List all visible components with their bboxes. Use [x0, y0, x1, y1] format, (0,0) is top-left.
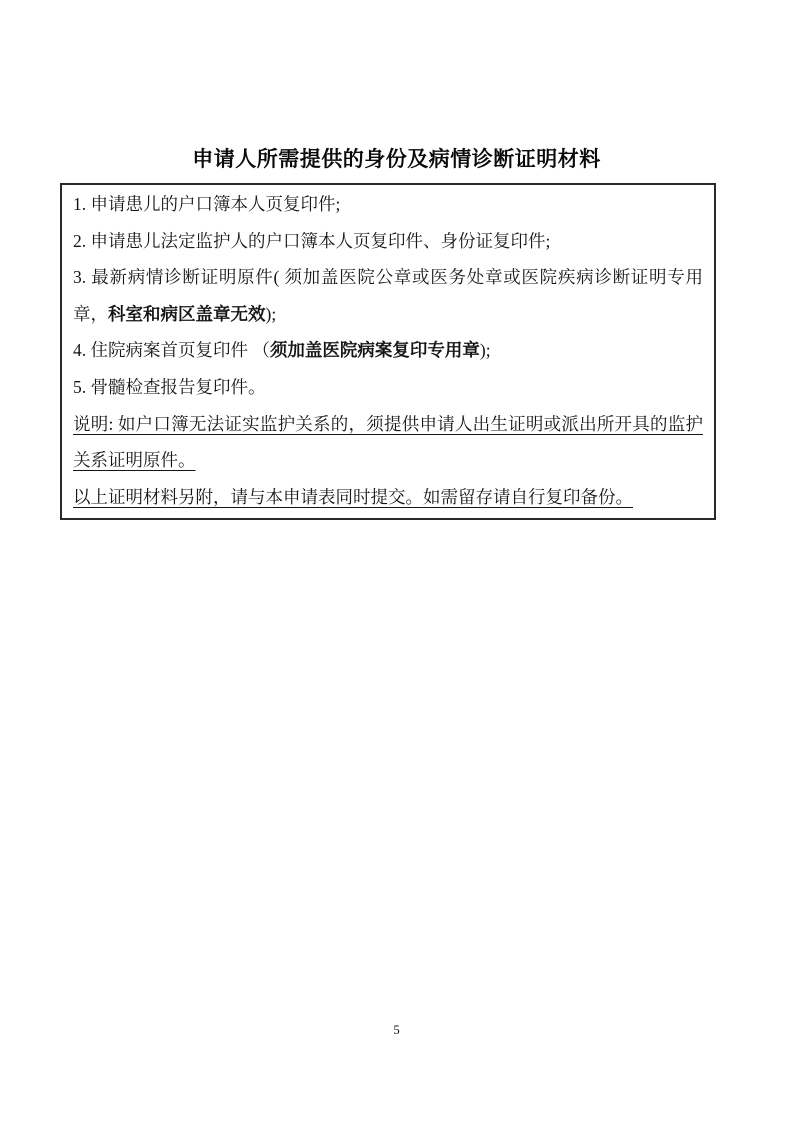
page-title: 申请人所需提供的身份及病情诊断证明材料: [0, 143, 793, 173]
materials-item-4-bold-text: 须加盖医院病案复印专用章: [270, 340, 480, 360]
document-page: 申请人所需提供的身份及病情诊断证明材料 1. 申请患儿的户口簿本人页复印件; 2…: [0, 0, 793, 1122]
materials-item-2: 2. 申请患儿法定监护人的户口簿本人页复印件、身份证复印件;: [73, 223, 703, 260]
materials-item-3: 3. 最新病情诊断证明原件( 须加盖医院公章或医务处章或医院疾病诊断证明专用章，…: [73, 259, 703, 332]
materials-note: 说明: 如户口簿无法证实监护关系的，须提供申请人出生证明或派出所开具的监护关系证…: [73, 406, 703, 479]
materials-footnote: 以上证明材料另附，请与本申请表同时提交。如需留存请自行复印备份。: [73, 479, 703, 516]
page-number: 5: [0, 1022, 793, 1038]
materials-item-3-closing: );: [266, 304, 277, 324]
materials-item-5: 5. 骨髓检查报告复印件。: [73, 369, 703, 406]
materials-item-3-bold-text: 科室和病区盖章无效: [108, 304, 266, 324]
materials-list-box: 1. 申请患儿的户口簿本人页复印件; 2. 申请患儿法定监护人的户口簿本人页复印…: [60, 183, 716, 520]
materials-item-4-text: 4. 住院病案首页复印件 （: [73, 340, 270, 360]
materials-item-4: 4. 住院病案首页复印件 （须加盖医院病案复印专用章);: [73, 332, 703, 369]
materials-item-1: 1. 申请患儿的户口簿本人页复印件;: [73, 186, 703, 223]
materials-item-4-closing: );: [480, 340, 491, 360]
